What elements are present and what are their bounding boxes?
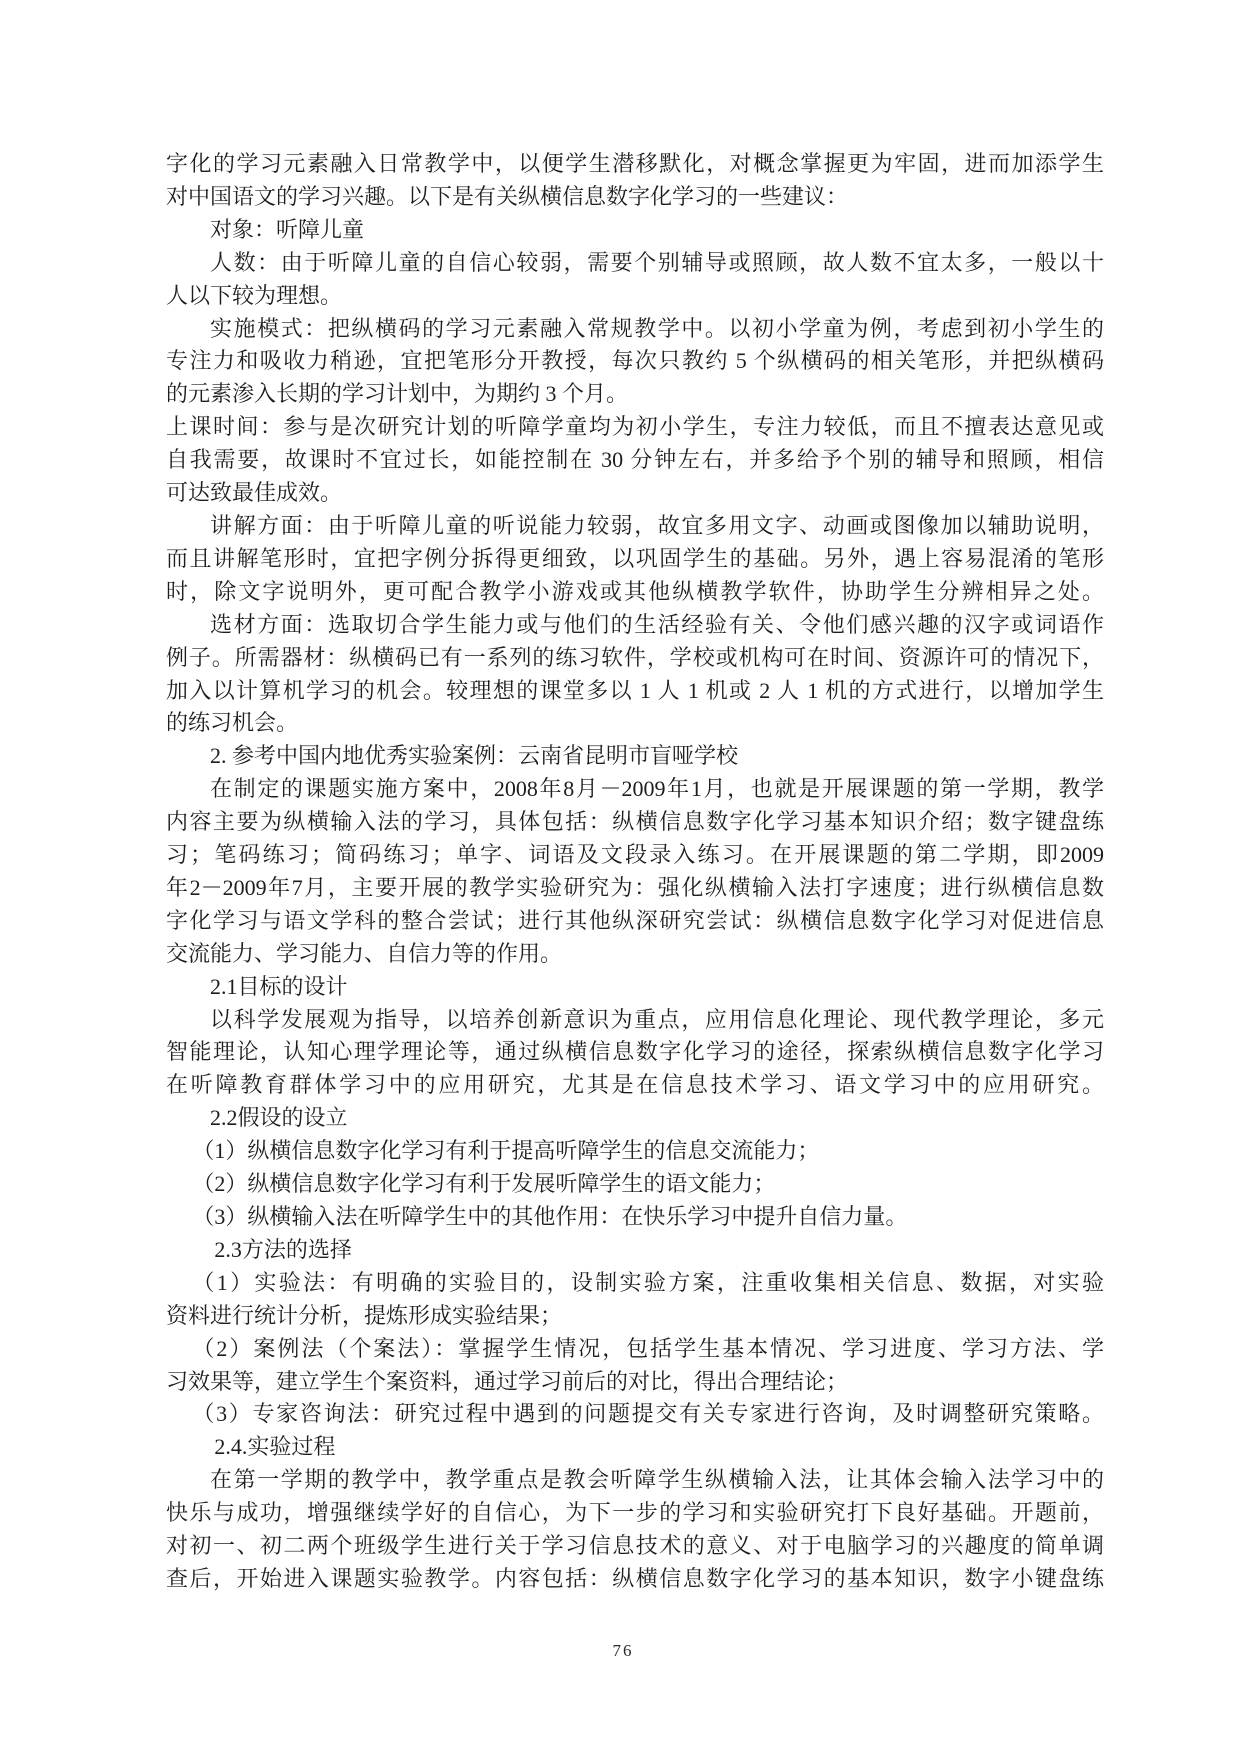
text-line: 的元素渗入长期的学习计划中，为期约 3 个月。 bbox=[166, 378, 1104, 411]
text-line: 2. 参考中国内地优秀实验案例：云南省昆明市盲哑学校 bbox=[166, 740, 1104, 773]
text-line: 的练习机会。 bbox=[166, 707, 1104, 740]
text-line: 人数：由于听障儿童的自信心较弱，需要个别辅导或照顾，故人数不宜太多，一般以十 bbox=[166, 247, 1104, 280]
text-line: 实施模式：把纵横码的学习元素融入常规教学中。以初小学童为例，考虑到初小学生的 bbox=[166, 313, 1104, 346]
text-line: 讲解方面：由于听障儿童的听说能力较弱，故宜多用文字、动画或图像加以辅助说明， bbox=[166, 510, 1104, 543]
text-line: 字化的学习元素融入日常教学中，以便学生潜移默化，对概念掌握更为牢固，进而加添学生 bbox=[166, 148, 1104, 181]
text-line: 对初一、初二两个班级学生进行关于学习信息技术的意义、对于电脑学习的兴趣度的简单调 bbox=[166, 1530, 1104, 1563]
text-line: （3）纵横输入法在听障学生中的其他作用：在快乐学习中提升自信力量。 bbox=[166, 1201, 1104, 1234]
text-line: （1）实验法：有明确的实验目的，设制实验方案，注重收集相关信息、数据，对实验 bbox=[166, 1267, 1104, 1300]
text-line: （1）纵横信息数字化学习有利于提高听障学生的信息交流能力； bbox=[166, 1135, 1104, 1168]
text-line: 内容主要为纵横输入法的学习，具体包括：纵横信息数字化学习基本知识介绍；数字键盘练 bbox=[166, 806, 1104, 839]
text-line: 2.1目标的设计 bbox=[166, 971, 1104, 1004]
text-line: 字化学习与语文学科的整合尝试；进行其他纵深研究尝试：纵横信息数字化学习对促进信息 bbox=[166, 905, 1104, 938]
text-line: 选材方面：选取切合学生能力或与他们的生活经验有关、令他们感兴趣的汉字或词语作 bbox=[166, 609, 1104, 642]
text-line: 2.3方法的选择 bbox=[166, 1234, 1104, 1267]
text-line: 快乐与成功，增强继续学好的自信心，为下一步的学习和实验研究打下良好基础。开题前， bbox=[166, 1497, 1104, 1530]
text-line: 例子。所需器材：纵横码已有一系列的练习软件，学校或机构可在时间、资源许可的情况下… bbox=[166, 642, 1104, 675]
text-line: 在制定的课题实施方案中，2008年8月－2009年1月，也就是开展课题的第一学期… bbox=[166, 773, 1104, 806]
document-body: 字化的学习元素融入日常教学中，以便学生潜移默化，对概念掌握更为牢固，进而加添学生… bbox=[166, 148, 1104, 1596]
text-line: 可达致最佳成效。 bbox=[166, 477, 1104, 510]
text-line: 2.2假设的设立 bbox=[166, 1102, 1104, 1135]
text-line: 而且讲解笔形时，宜把字例分拆得更细致，以巩固学生的基础。另外，遇上容易混淆的笔形 bbox=[166, 543, 1104, 576]
page-number: 76 bbox=[613, 1641, 634, 1660]
text-line: 上课时间：参与是次研究计划的听障学童均为初小学生，专注力较低，而且不擅表达意见或 bbox=[166, 411, 1104, 444]
text-line: 2.4.实验过程 bbox=[166, 1431, 1104, 1464]
text-line: 资料进行统计分析，提炼形成实验结果； bbox=[166, 1300, 1104, 1333]
text-line: 在听障教育群体学习中的应用研究，尤其是在信息技术学习、语文学习中的应用研究。 bbox=[166, 1069, 1104, 1102]
text-line: 对中国语文的学习兴趣。以下是有关纵横信息数字化学习的一些建议： bbox=[166, 181, 1104, 214]
page-footer: 76 bbox=[0, 1641, 1246, 1661]
text-line: 时，除文字说明外，更可配合教学小游戏或其他纵横教学软件，协助学生分辨相异之处。 bbox=[166, 576, 1104, 609]
text-line: 年2－2009年7月，主要开展的教学实验研究为：强化纵横输入法打字速度；进行纵横… bbox=[166, 872, 1104, 905]
text-line: 以科学发展观为指导，以培养创新意识为重点，应用信息化理论、现代教学理论，多元 bbox=[166, 1004, 1104, 1037]
text-line: 习；笔码练习；简码练习；单字、词语及文段录入练习。在开展课题的第二学期，即200… bbox=[166, 839, 1104, 872]
text-line: 查后，开始进入课题实验教学。内容包括：纵横信息数字化学习的基本知识，数字小键盘练 bbox=[166, 1563, 1104, 1596]
text-line: 对象：听障儿童 bbox=[166, 214, 1104, 247]
text-line: 交流能力、学习能力、自信力等的作用。 bbox=[166, 938, 1104, 971]
text-line: （2）纵横信息数字化学习有利于发展听障学生的语文能力； bbox=[166, 1168, 1104, 1201]
text-line: 加入以计算机学习的机会。较理想的课堂多以 1 人 1 机或 2 人 1 机的方式… bbox=[166, 675, 1104, 708]
text-line: 智能理论，认知心理学理论等，通过纵横信息数字化学习的途径，探索纵横信息数字化学习 bbox=[166, 1036, 1104, 1069]
text-line: 习效果等，建立学生个案资料，通过学习前后的对比，得出合理结论； bbox=[166, 1366, 1104, 1399]
text-line: 自我需要，故课时不宜过长，如能控制在 30 分钟左右，并多给予个别的辅导和照顾，… bbox=[166, 444, 1104, 477]
text-line: 在第一学期的教学中，教学重点是教会听障学生纵横输入法，让其体会输入法学习中的 bbox=[166, 1464, 1104, 1497]
text-line: （2）案例法（个案法）：掌握学生情况，包括学生基本情况、学习进度、学习方法、学 bbox=[166, 1333, 1104, 1366]
text-line: （3）专家咨询法：研究过程中遇到的问题提交有关专家进行咨询，及时调整研究策略。 bbox=[166, 1398, 1104, 1431]
document-page: 字化的学习元素融入日常教学中，以便学生潜移默化，对概念掌握更为牢固，进而加添学生… bbox=[0, 0, 1246, 1763]
text-line: 专注力和吸收力稍逊，宜把笔形分开教授，每次只教约 5 个纵横码的相关笔形，并把纵… bbox=[166, 345, 1104, 378]
text-line: 人以下较为理想。 bbox=[166, 280, 1104, 313]
